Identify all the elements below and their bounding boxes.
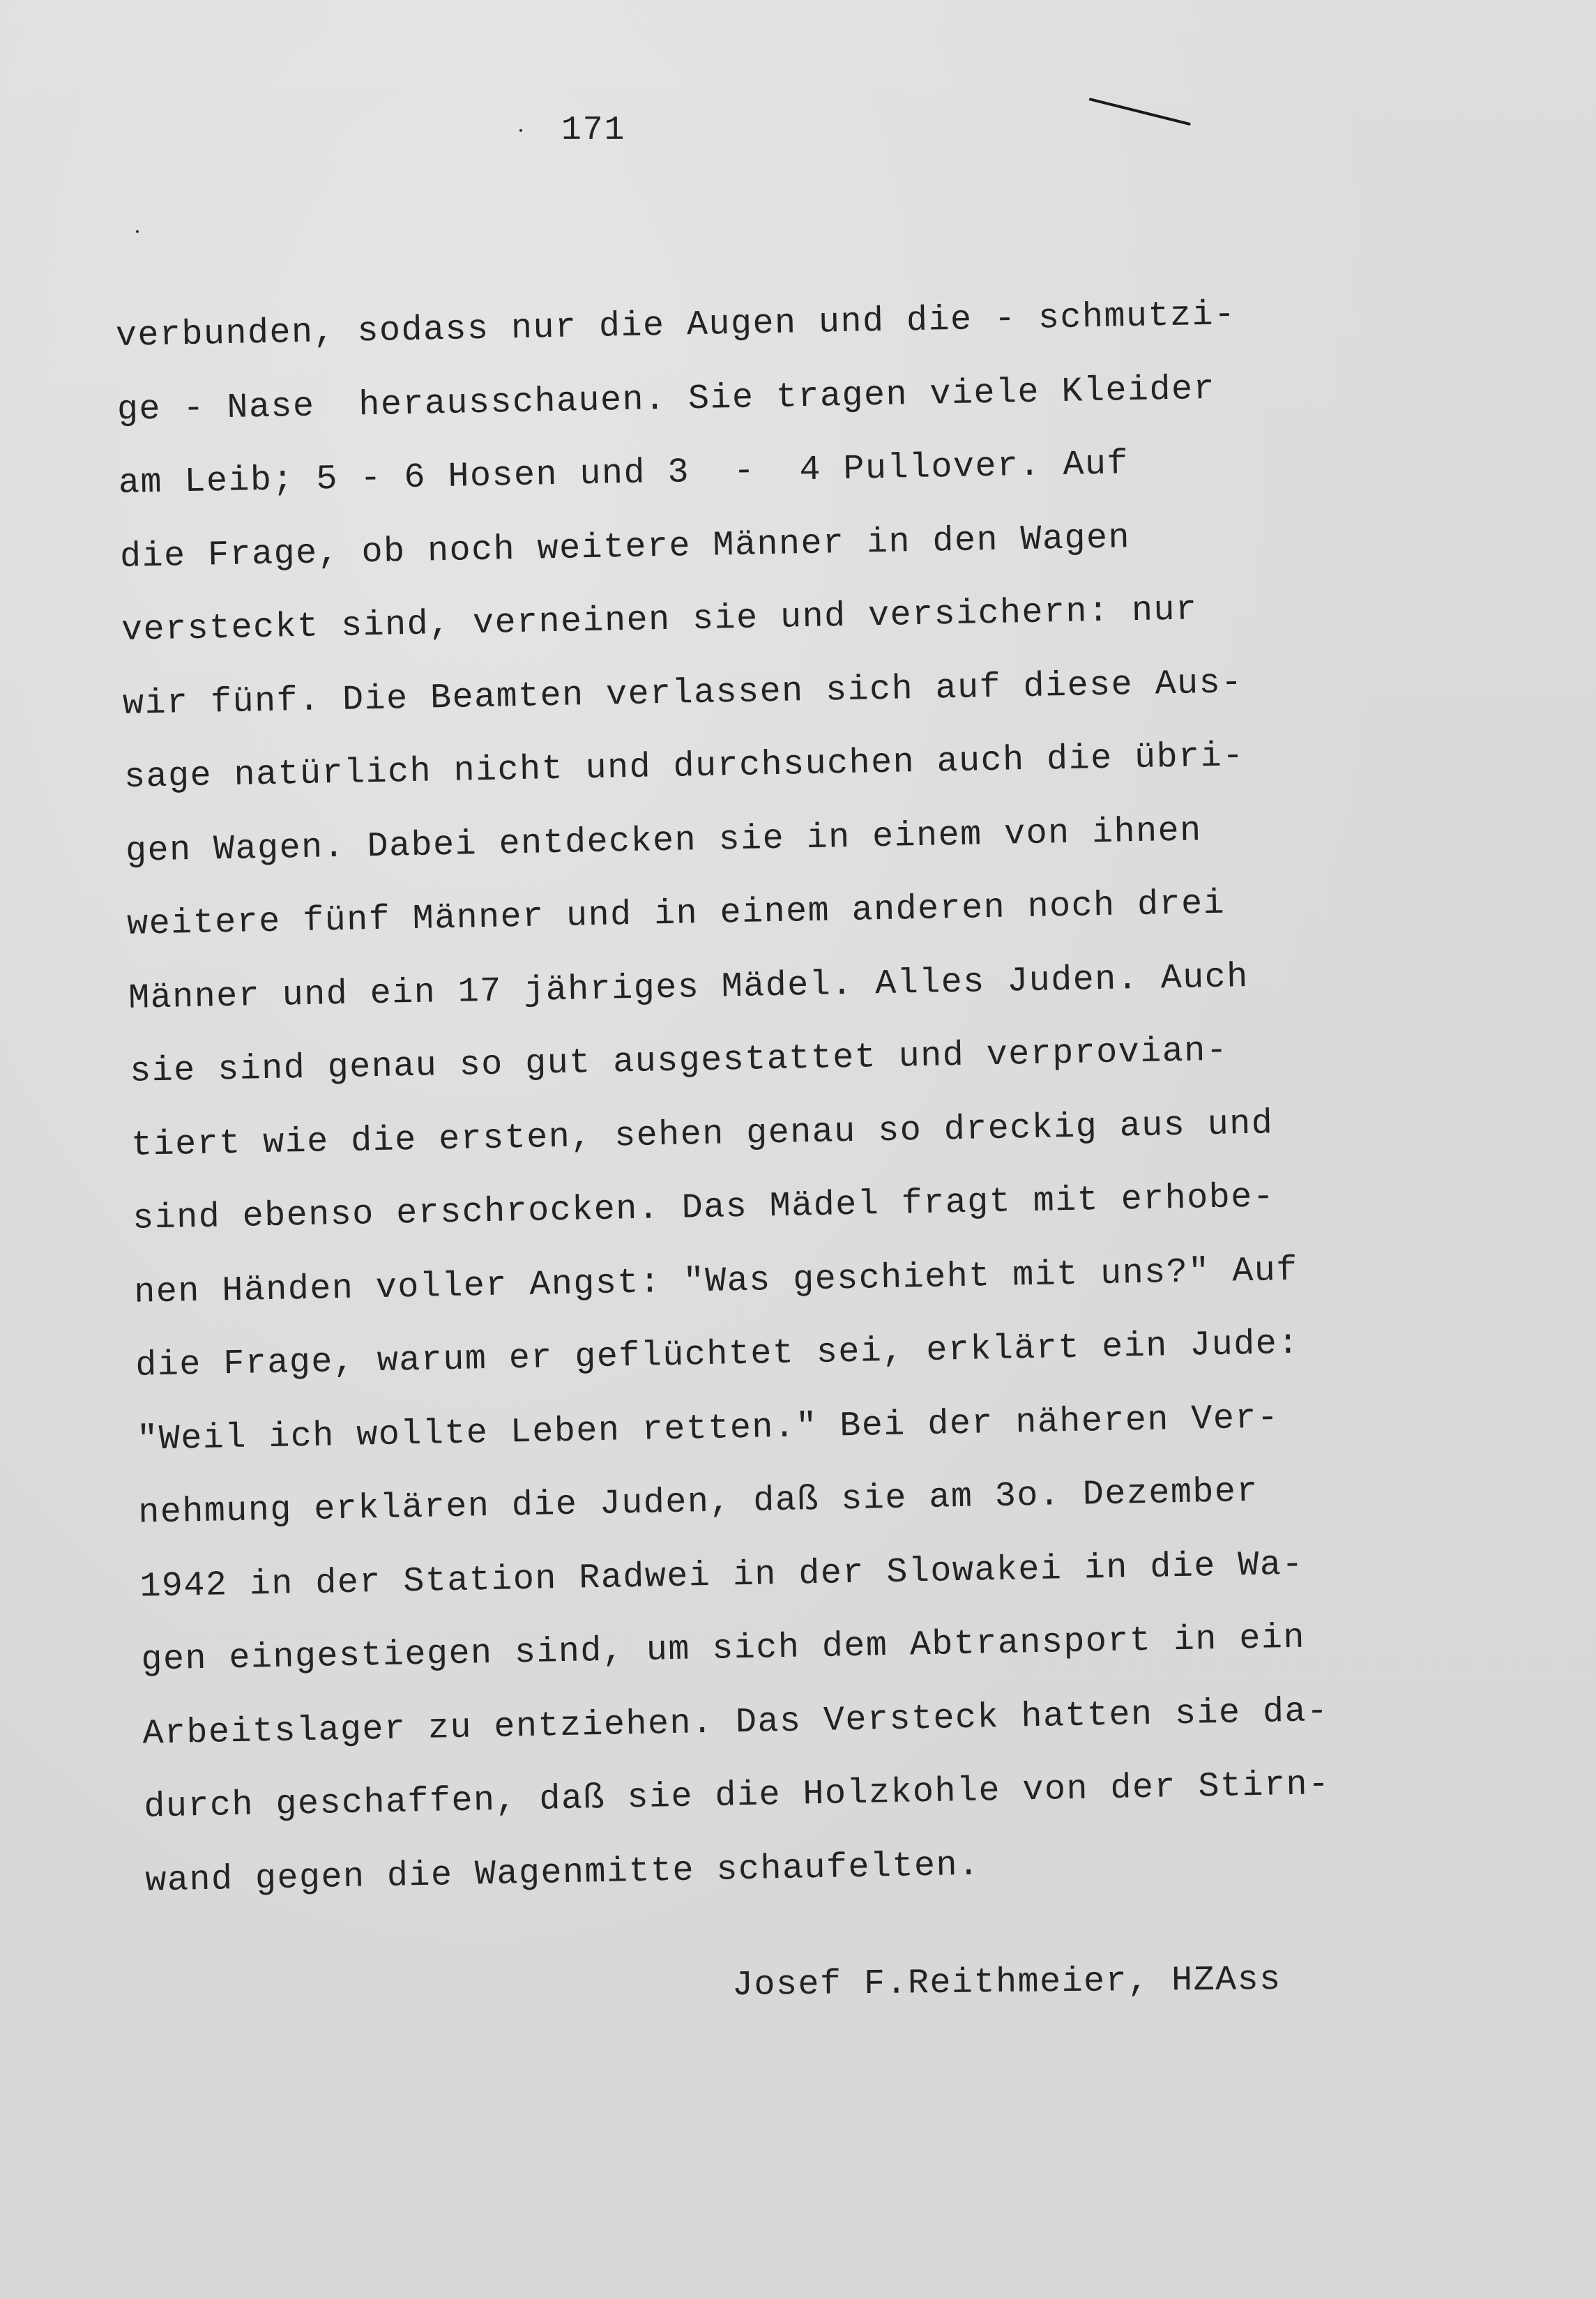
typewritten-page: 171 verbunden, sodass nur die Augen und … <box>0 0 1596 2299</box>
pencil-mark <box>1089 98 1192 126</box>
ink-speck <box>519 129 522 132</box>
body-text: verbunden, sodass nur die Augen und die … <box>115 275 1401 1918</box>
page-number: 171 <box>561 112 625 149</box>
ink-speck <box>136 230 139 233</box>
signature: Josef F.Reithmeier, HZAss <box>732 1960 1282 2005</box>
